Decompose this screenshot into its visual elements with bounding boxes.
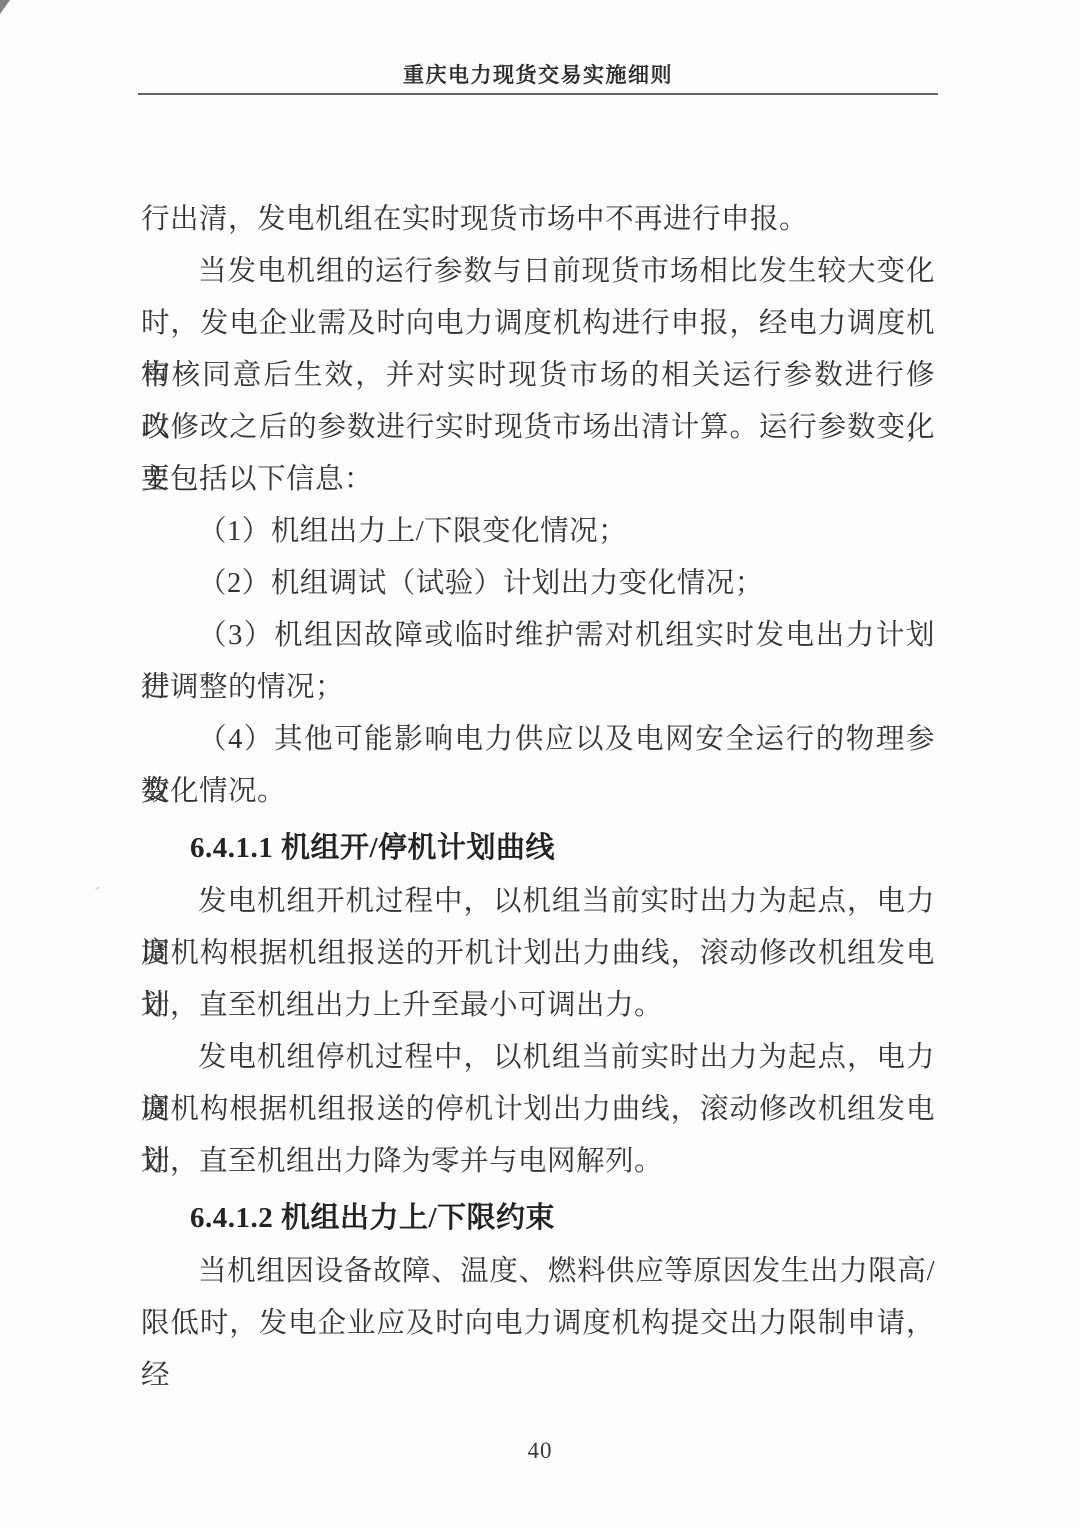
text-line: 行出清，发电机组在实时现货市场中不再进行申报。 xyxy=(141,194,935,246)
section-heading-6-4-1-2: 6.4.1.2 机组出力上/下限约束 xyxy=(141,1192,935,1244)
text-line: 度机构根据机组报送的停机计划出力曲线，滚动修改机组发电计 xyxy=(141,1084,935,1136)
section-heading-6-4-1-1: 6.4.1.1 机组开/停机计划曲线 xyxy=(141,822,935,874)
text-line: 时，发电企业需及时向电力调度机构进行申报，经电力调度机构 xyxy=(141,298,935,350)
document-body: 行出清，发电机组在实时现货市场中不再进行申报。 当发电机组的运行参数与日前现货市… xyxy=(141,194,935,1350)
text-line: 要包括以下信息： xyxy=(141,454,935,506)
text-line: 审核同意后生效，并对实时现货市场的相关运行参数进行修改， xyxy=(141,350,935,402)
list-item-4: （4）其他可能影响电力供应以及电网安全运行的物理参数 xyxy=(141,714,935,766)
text-line: 以修改之后的参数进行实时现货市场出清计算。运行参数变化主 xyxy=(141,402,935,454)
text-line: 行调整的情况； xyxy=(141,662,935,714)
document-page: 重庆电力现货交易实施细则 ˊ 行出清，发电机组在实时现货市场中不再进行申报。 当… xyxy=(0,0,1080,1528)
list-item-2: （2）机组调试（试验）计划出力变化情况； xyxy=(141,558,935,610)
header-divider xyxy=(138,93,938,95)
text-line: 当机组因设备故障、温度、燃料供应等原因发生出力限高/ xyxy=(141,1246,935,1298)
document-title: 重庆电力现货交易实施细则 xyxy=(138,62,938,88)
list-item-1: （1）机组出力上/下限变化情况； xyxy=(141,506,935,558)
scan-artifact: ˊ xyxy=(91,884,101,908)
text-line: 度机构根据机组报送的开机计划出力曲线，滚动修改机组发电计 xyxy=(141,928,935,980)
page-footer: 40 xyxy=(0,1438,1080,1464)
text-line: 发电机组开机过程中，以机组当前实时出力为起点，电力调 xyxy=(141,876,935,928)
text-line: 划，直至机组出力上升至最小可调出力。 xyxy=(141,980,935,1032)
list-item-3: （3）机组因故障或临时维护需对机组实时发电出力计划进 xyxy=(141,610,935,662)
text-line: 当发电机组的运行参数与日前现货市场相比发生较大变化 xyxy=(141,246,935,298)
text-line: 发电机组停机过程中，以机组当前实时出力为起点，电力调 xyxy=(141,1032,935,1084)
page-number: 40 xyxy=(528,1438,553,1463)
text-line: 划，直至机组出力降为零并与电网解列。 xyxy=(141,1136,935,1188)
text-line: 限低时，发电企业应及时向电力调度机构提交出力限制申请，经 xyxy=(141,1298,935,1350)
text-line: 变化情况。 xyxy=(141,766,935,818)
page-header: 重庆电力现货交易实施细则 xyxy=(138,62,938,95)
scan-corner-speck xyxy=(0,0,10,14)
